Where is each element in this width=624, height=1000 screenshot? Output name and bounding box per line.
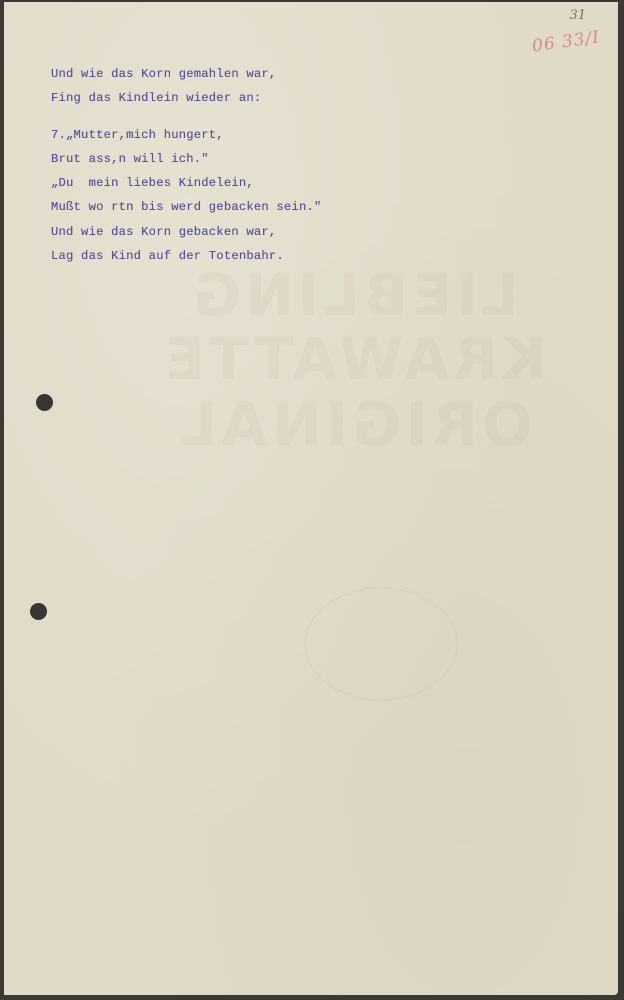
typewritten-text: Und wie das Korn gemahlen war, Fing das … [51,62,322,280]
text-line: Lag das Kind auf der Totenbahr. [51,244,322,268]
text-line: „Du mein liebes Kindelein, [51,171,322,195]
punch-hole-icon [30,603,47,620]
paper-page: LIEBLING KRAWATTE ORIGINAL 31 06 33/I Un… [4,2,618,995]
mirrored-watermark: LIEBLING KRAWATTE ORIGINAL [154,264,554,458]
text-line: 7.„Mutter,mich hungert, [51,123,322,147]
text-line: Mußt wo rtn bis werd gebacken sein." [51,195,322,219]
watermark-line: ORIGINAL [154,392,554,458]
archive-annotations: 31 06 33/I [524,6,604,76]
text-line: Fing das Kindlein wieder an: [51,86,322,110]
stanza-7: 7.„Mutter,mich hungert, Brut ass,n will … [51,123,322,269]
text-line: Brut ass,n will ich." [51,147,322,171]
embossed-seal [304,587,458,701]
stanza: Und wie das Korn gemahlen war, Fing das … [51,62,322,111]
text-line: Und wie das Korn gebacken war, [51,220,322,244]
watermark-line: KRAWATTE [154,328,554,392]
punch-hole-icon [36,394,53,411]
text-line: Und wie das Korn gemahlen war, [51,62,322,86]
archive-signature: 06 33/I [531,27,601,56]
folio-number: 31 [569,8,586,23]
